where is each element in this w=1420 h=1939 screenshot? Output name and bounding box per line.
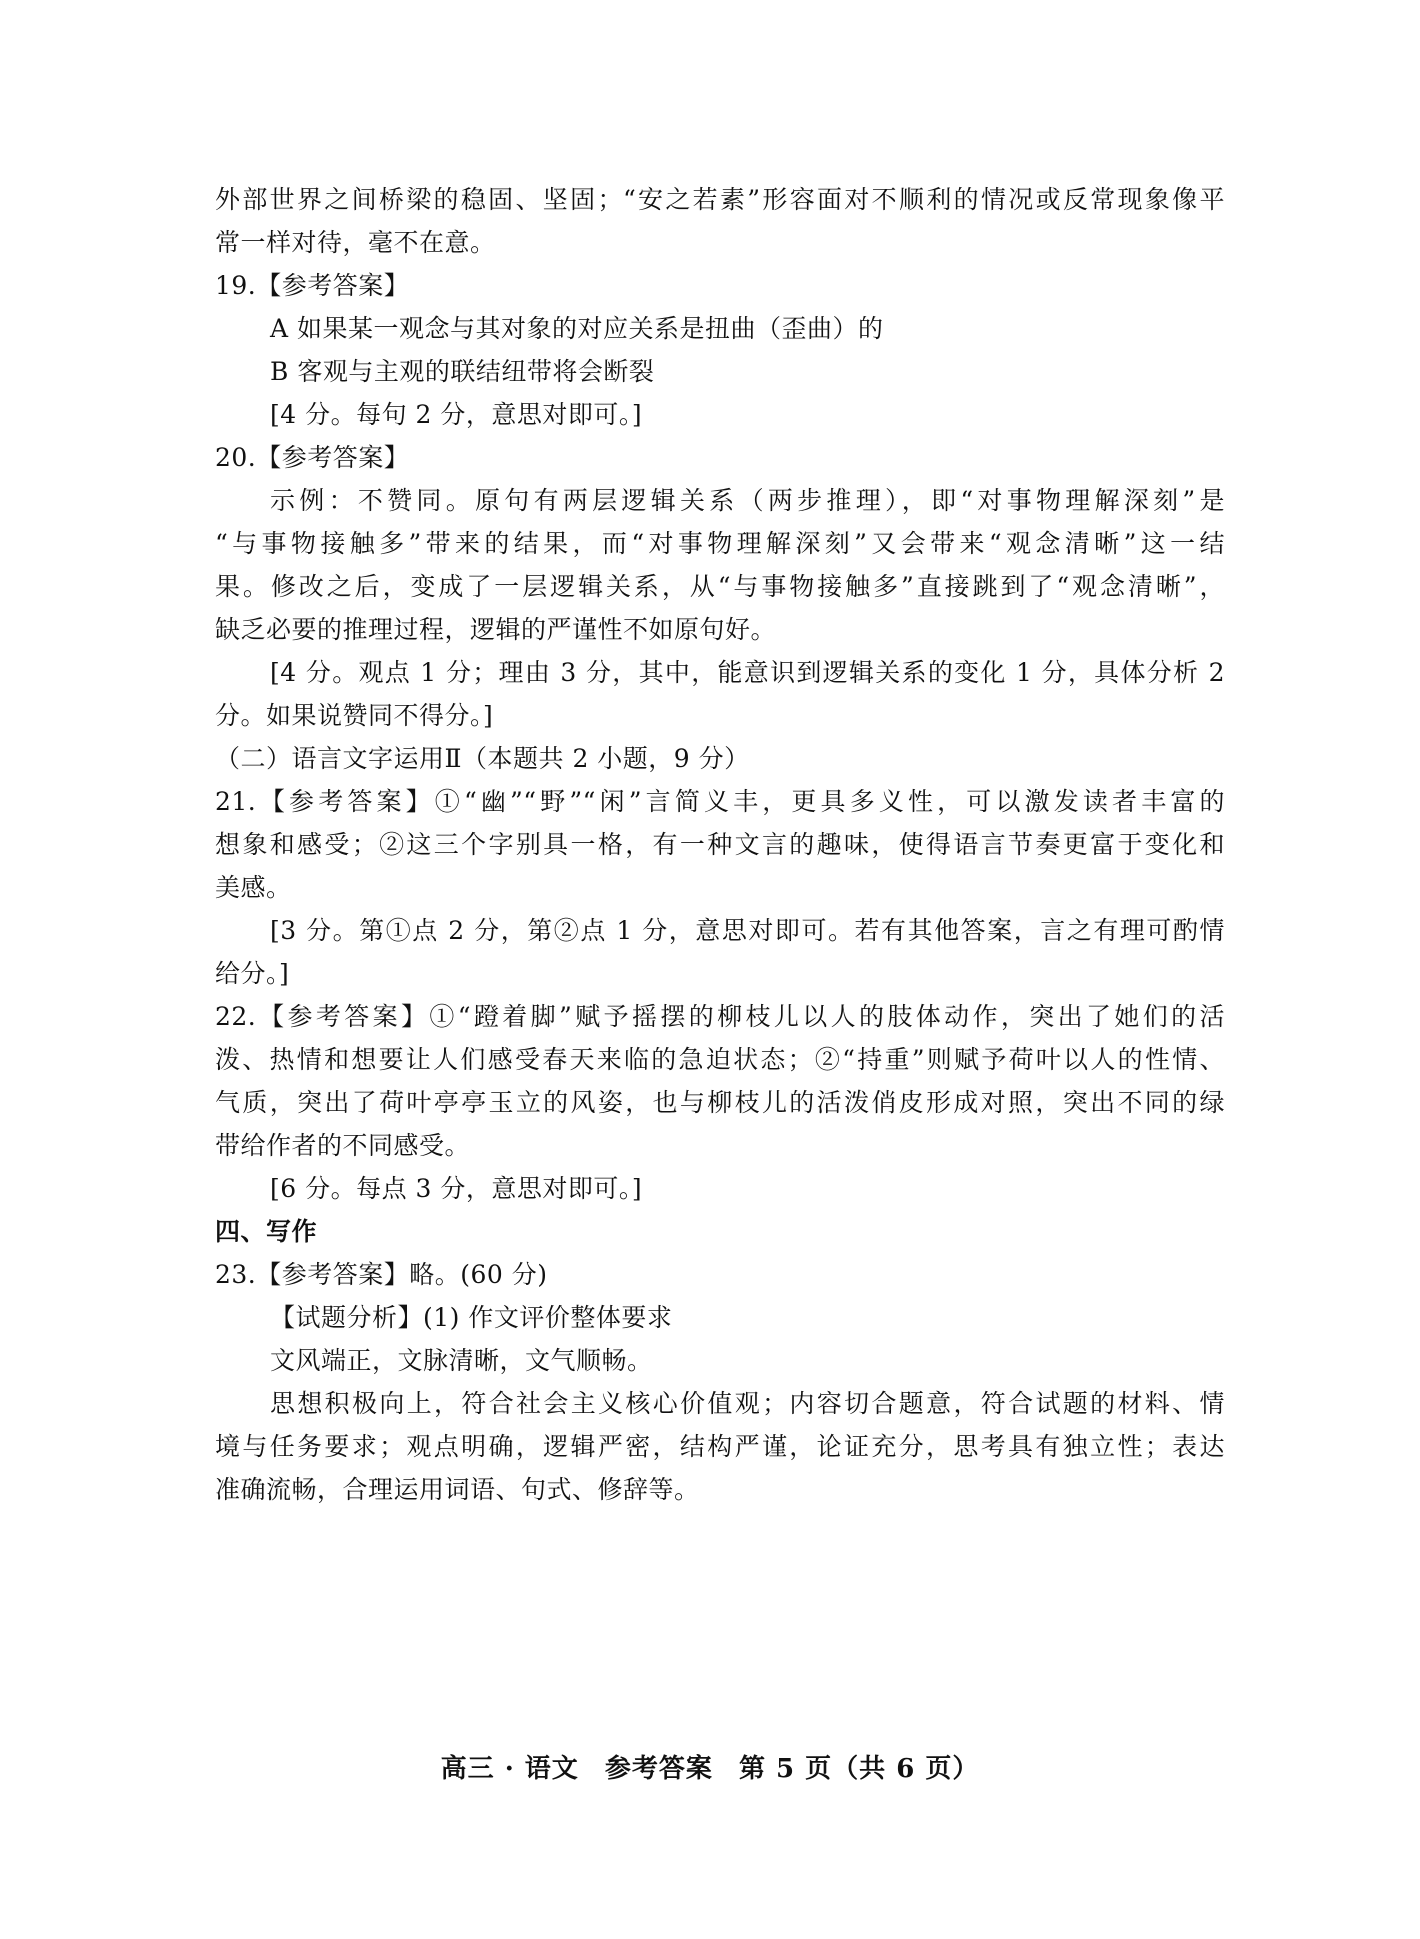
scoring-note: [3 分。第①点 2 分，第②点 1 分，意思对即可。若有其他答案，言之有理可酌… bbox=[215, 909, 1225, 952]
document-body: 外部世界之间桥梁的稳固、坚固；“安之若素”形容面对不顺利的情况或反常现象像平 常… bbox=[215, 178, 1225, 1511]
text-line: 想象和感受；②这三个字别具一格，有一种文言的趣味，使得语言节奏更富于变化和 bbox=[215, 823, 1225, 866]
text-line: 文风端正，文脉清晰，文气顺畅。 bbox=[215, 1339, 1225, 1382]
footer-subject: 高三 · 语文 bbox=[441, 1754, 579, 1784]
question-20-label: 20.【参考答案】 bbox=[215, 436, 1225, 479]
page-footer: 高三 · 语文 参考答案 第 5 页（共 6 页） bbox=[0, 1748, 1420, 1785]
text-line: 思想积极向上，符合社会主义核心价值观；内容切合题意，符合试题的材料、情 bbox=[215, 1382, 1225, 1425]
text-line: 带给作者的不同感受。 bbox=[215, 1124, 1225, 1167]
text-line: 分。如果说赞同不得分。] bbox=[215, 694, 1225, 737]
text-line: 泼、热情和想要让人们感受春天来临的急迫状态；②“持重”则赋予荷叶以人的性情、 bbox=[215, 1038, 1225, 1081]
text-line: 外部世界之间桥梁的稳固、坚固；“安之若素”形容面对不顺利的情况或反常现象像平 bbox=[215, 178, 1225, 221]
footer-doc-type: 参考答案 bbox=[605, 1754, 713, 1784]
scoring-note: [4 分。观点 1 分；理由 3 分，其中，能意识到逻辑关系的变化 1 分，具体… bbox=[215, 651, 1225, 694]
text-line: 美感。 bbox=[215, 866, 1225, 909]
section-heading: （二）语言文字运用Ⅱ（本题共 2 小题，9 分） bbox=[215, 737, 1225, 780]
text-line: “与事物接触多”带来的结果，而“对事物理解深刻”又会带来“观念清晰”这一结 bbox=[215, 522, 1225, 565]
section-heading-writing: 四、写作 bbox=[215, 1210, 1225, 1253]
text-line: 常一样对待，毫不在意。 bbox=[215, 221, 1225, 264]
text-line: 给分。] bbox=[215, 952, 1225, 995]
question-21-label: 21.【参考答案】①“幽”“野”“闲”言简义丰，更具多义性，可以激发读者丰富的 bbox=[215, 780, 1225, 823]
text-line: 缺乏必要的推理过程，逻辑的严谨性不如原句好。 bbox=[215, 608, 1225, 651]
question-19-label: 19.【参考答案】 bbox=[215, 264, 1225, 307]
question-22-label: 22.【参考答案】①“蹬着脚”赋予摇摆的柳枝儿以人的肢体动作，突出了她们的活 bbox=[215, 995, 1225, 1038]
text-line: 境与任务要求；观点明确，逻辑严密，结构严谨，论证充分，思考具有独立性；表达 bbox=[215, 1425, 1225, 1468]
text-line: 准确流畅，合理运用词语、句式、修辞等。 bbox=[215, 1468, 1225, 1511]
text-line: 气质，突出了荷叶亭亭玉立的风姿，也与柳枝儿的活泼俏皮形成对照，突出不同的绿 bbox=[215, 1081, 1225, 1124]
text-line: 示例：不赞同。原句有两层逻辑关系（两步推理），即“对事物理解深刻”是 bbox=[215, 479, 1225, 522]
answer-a: A 如果某一观念与其对象的对应关系是扭曲（歪曲）的 bbox=[215, 307, 1225, 350]
analysis-heading: 【试题分析】(1) 作文评价整体要求 bbox=[215, 1296, 1225, 1339]
scoring-note: [6 分。每点 3 分，意思对即可。] bbox=[215, 1167, 1225, 1210]
answer-b: B 客观与主观的联结纽带将会断裂 bbox=[215, 350, 1225, 393]
scoring-note: [4 分。每句 2 分，意思对即可。] bbox=[215, 393, 1225, 436]
page-number: 第 5 页（共 6 页） bbox=[739, 1754, 979, 1784]
text-line: 果。修改之后，变成了一层逻辑关系，从“与事物接触多”直接跳到了“观念清晰”， bbox=[215, 565, 1225, 608]
question-23-label: 23.【参考答案】略。(60 分) bbox=[215, 1253, 1225, 1296]
